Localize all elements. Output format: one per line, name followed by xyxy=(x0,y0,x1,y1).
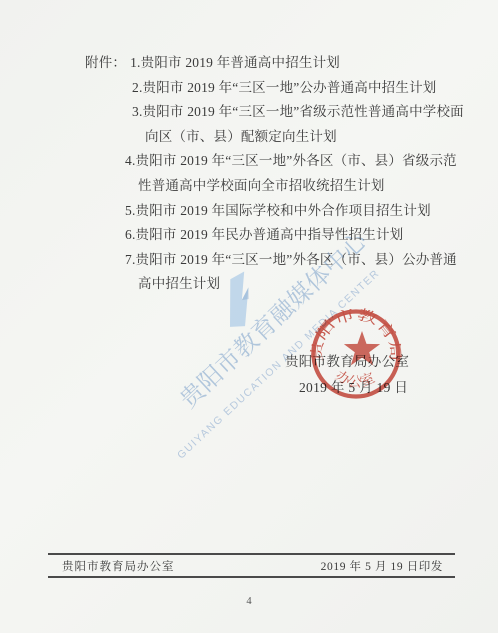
item-line: 性普通高中学校面向全市招收统招生计划 xyxy=(138,174,464,199)
attachment-item: 3.贵阳市 2019 年“三区一地”省级示范性普通高中学校面向区（市、县）配额定… xyxy=(132,100,464,149)
official-seal: 贵阳市教育局 办公室 xyxy=(308,306,404,402)
page-number: 4 xyxy=(0,596,498,607)
seal-text-bottom: 办公室 xyxy=(333,367,377,390)
attachment-item: 7.贵阳市 2019 年“三区一地”外各区（市、县）公办普通高中招生计划 xyxy=(125,248,464,297)
footer-rule-bottom xyxy=(48,576,455,578)
attachment-row-1: 附件：1.贵阳市 2019 年普通高中招生计划 xyxy=(85,51,464,76)
svg-text:办公室: 办公室 xyxy=(333,367,377,390)
item-number: 1. xyxy=(130,55,141,70)
item-number: 7. xyxy=(125,252,136,267)
item-line: 贵阳市 2019 年普通高中招生计划 xyxy=(141,55,340,70)
attachment-item: 6.贵阳市 2019 年民办普通高中指导性招生计划 xyxy=(125,223,464,248)
attachment-item: 5.贵阳市 2019 年国际学校和中外合作项目招生计划 xyxy=(125,199,464,224)
item-line: 向区（市、县）配额定向生计划 xyxy=(145,125,464,150)
document-page: 贵阳市教育融媒体中心 GUIYANG EDUCATION AND MEDIA C… xyxy=(0,0,498,633)
item-line: 贵阳市 2019 年“三区一地”公办普通高中招生计划 xyxy=(143,80,437,95)
item-number: 6. xyxy=(125,227,136,242)
item-number: 5. xyxy=(125,203,136,218)
attachment-list: 附件：1.贵阳市 2019 年普通高中招生计划 2.贵阳市 2019 年“三区一… xyxy=(85,51,464,297)
footer-rule-top xyxy=(48,553,455,555)
item-line: 贵阳市 2019 年国际学校和中外合作项目招生计划 xyxy=(136,203,431,218)
attachment-item: 2.贵阳市 2019 年“三区一地”公办普通高中招生计划 xyxy=(132,76,464,101)
item-line: 贵阳市 2019 年“三区一地”外各区（市、县）省级示范 xyxy=(136,153,457,168)
footer-org: 贵阳市教育局办公室 xyxy=(62,558,175,574)
item-line: 贵阳市 2019 年“三区一地”省级示范性普通高中学校面 xyxy=(143,104,464,119)
item-line: 贵阳市 2019 年“三区一地”外各区（市、县）公办普通 xyxy=(136,252,457,267)
item-number: 2. xyxy=(132,80,143,95)
item-number: 4. xyxy=(125,153,136,168)
item-line: 高中招生计划 xyxy=(138,272,464,297)
item-line: 贵阳市 2019 年民办普通高中指导性招生计划 xyxy=(136,227,404,242)
attachment-item: 4.贵阳市 2019 年“三区一地”外各区（市、县）省级示范性普通高中学校面向全… xyxy=(125,149,464,198)
seal-star-icon xyxy=(344,331,380,365)
footer-issue-date: 2019 年 5 月 19 日印发 xyxy=(321,558,443,574)
item-number: 3. xyxy=(132,104,143,119)
attachment-label: 附件： xyxy=(85,55,126,70)
